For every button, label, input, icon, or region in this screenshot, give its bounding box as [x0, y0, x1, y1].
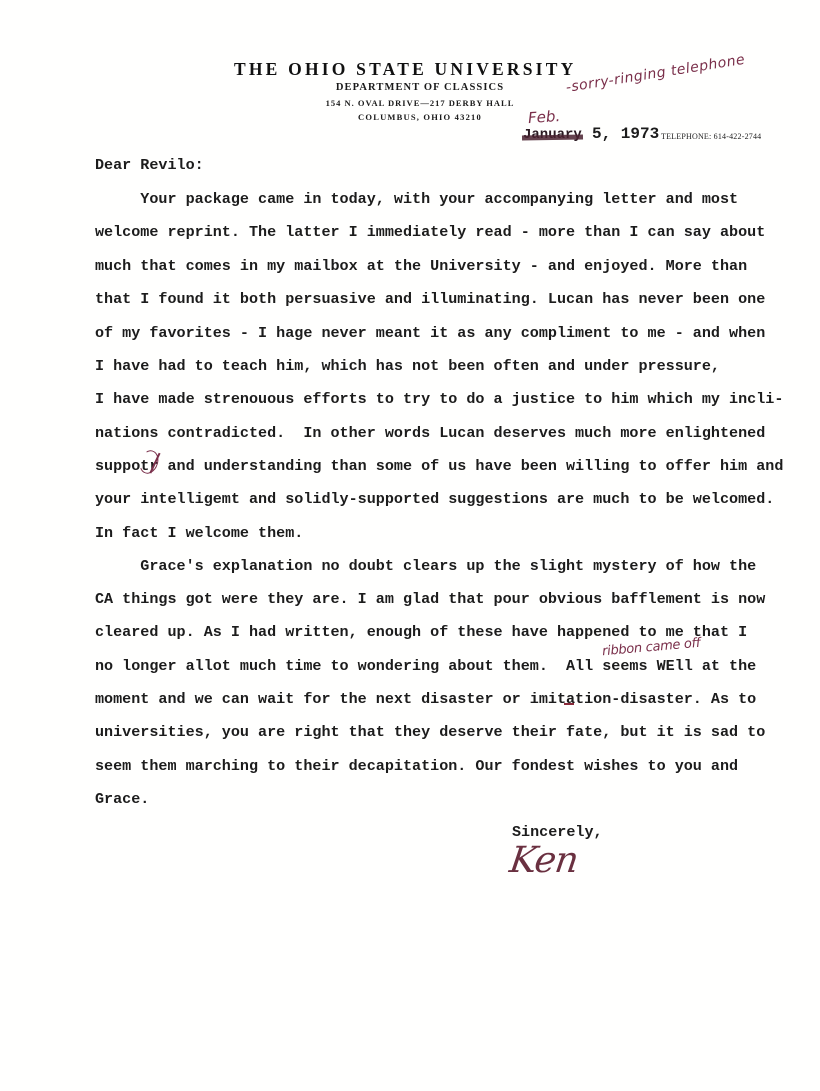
body-line: cleared up. As I had written, enough of …: [95, 623, 747, 641]
body-line: seem them marching to their decapitation…: [95, 757, 738, 775]
body-line: Grace.: [95, 790, 149, 808]
handwritten-month-correction: Feb.: [527, 107, 560, 127]
signature: Ken: [507, 840, 580, 881]
body-line: I have had to teach him, which has not b…: [95, 357, 720, 375]
date-day-year: 5, 1973: [592, 125, 659, 143]
letterhead-department: DEPARTMENT OF CLASSICS: [230, 82, 610, 93]
body-line: CA things got were they are. I am glad t…: [95, 590, 765, 608]
letter-page: THE OHIO STATE UNIVERSITY DEPARTMENT OF …: [0, 0, 820, 1091]
body-line: moment and we can wait for the next disa…: [95, 690, 756, 708]
letterhead-institution: THE OHIO STATE UNIVERSITY: [234, 59, 606, 80]
salutation: Dear Revilo:: [95, 156, 204, 174]
body-line: Grace's explanation no doubt clears up t…: [95, 557, 756, 575]
body-line: suppotr and understanding than some of u…: [95, 457, 783, 475]
body-line: your intelligemt and solidly-supported s…: [95, 490, 774, 508]
ink-dash-mark: [564, 703, 574, 705]
body-line: welcome reprint. The latter I immediatel…: [95, 223, 765, 241]
body-line: Your package came in today, with your ac…: [95, 190, 738, 208]
letterhead-telephone: TELEPHONE: 614-422-2744: [661, 132, 761, 141]
body-line: no longer allot much time to wondering a…: [95, 657, 756, 675]
body-line: I have made strenouous efforts to try to…: [95, 390, 783, 408]
body-line: that I found it both persuasive and illu…: [95, 290, 765, 308]
body-line: nations contradicted. In other words Luc…: [95, 424, 765, 442]
closing: Sincerely,: [512, 823, 603, 841]
struck-out-month: January: [523, 127, 582, 143]
body-line: of my favorites - I hage never meant it …: [95, 324, 765, 342]
body-line: universities, you are right that they de…: [95, 723, 765, 741]
body-line: In fact I welcome them.: [95, 524, 303, 542]
body-line: much that comes in my mailbox at the Uni…: [95, 257, 747, 275]
